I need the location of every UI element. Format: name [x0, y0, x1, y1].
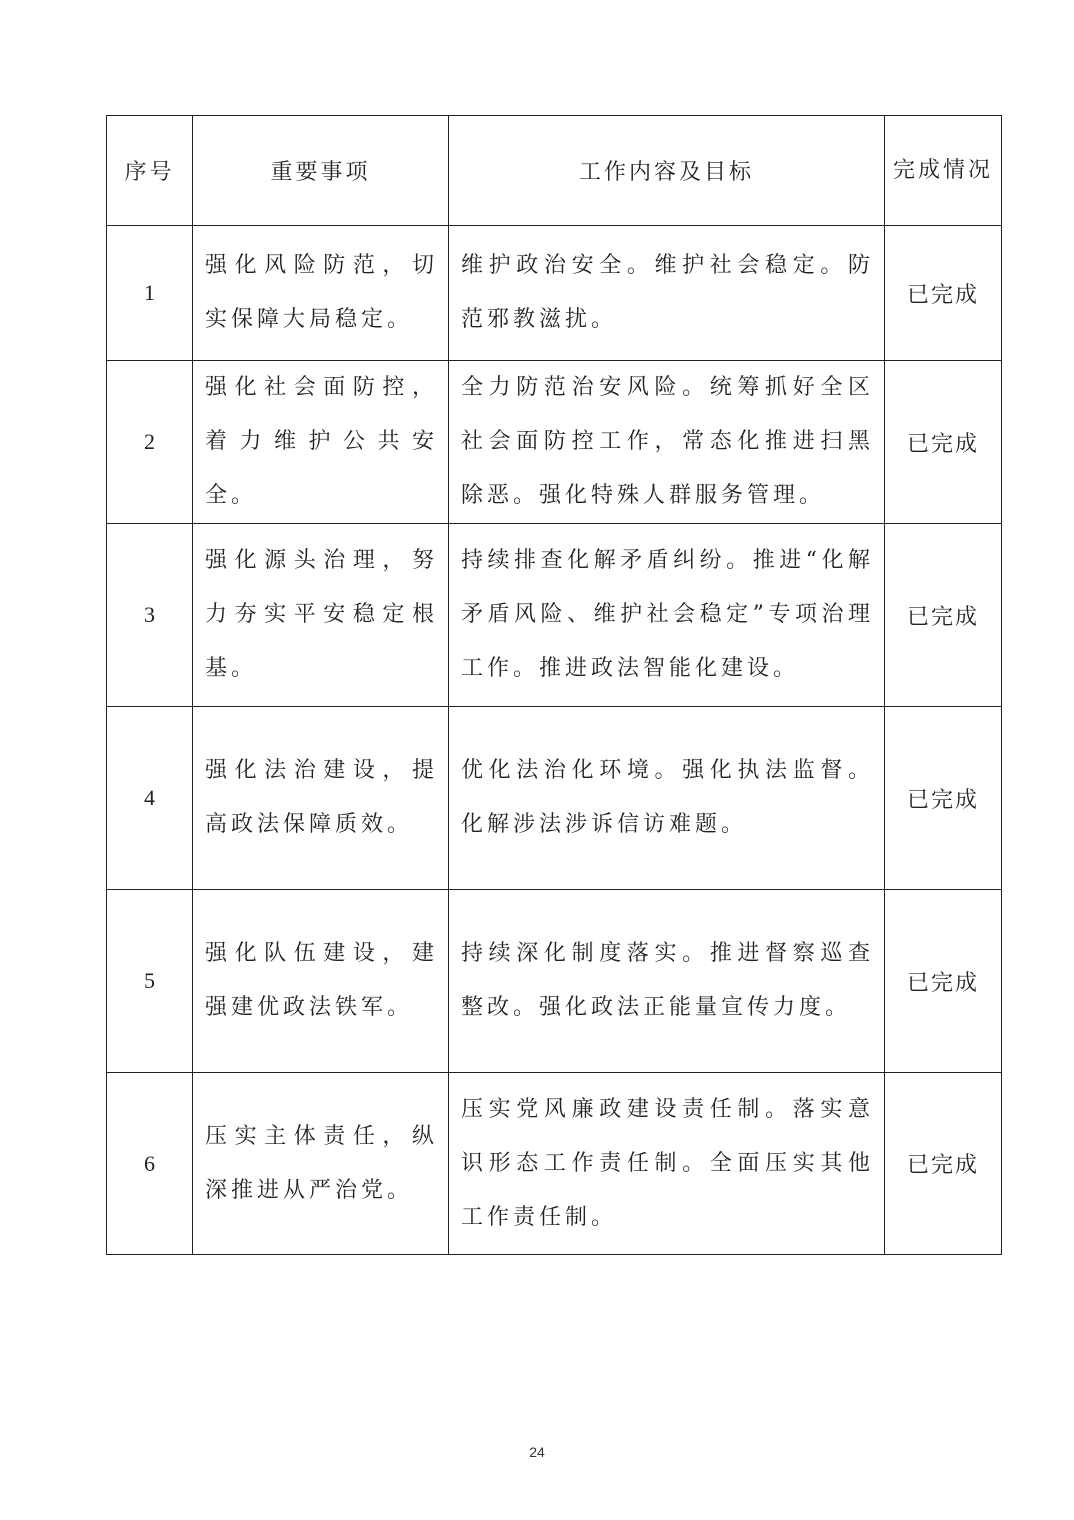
work-items-table: 序号 重要事项 工作内容及目标 完成情况 1 强化风险防范，切实保障大局稳定。 …: [106, 115, 1002, 1255]
row-item: 强化社会面防控，着力维护公共安全。: [193, 361, 448, 523]
row-item: 强化法治建设，提高政法保障质效。: [193, 744, 448, 852]
row-content: 持续深化制度落实。推进督察巡查整改。强化政法正能量宣传力度。: [449, 927, 884, 1035]
row-number: 5: [107, 890, 193, 1073]
header-item: 重要事项: [193, 116, 449, 226]
row-status: 已完成: [885, 1073, 1002, 1255]
row-status: 已完成: [885, 524, 1002, 707]
row-item: 强化队伍建设，建强建优政法铁军。: [193, 927, 448, 1035]
row-content: 维护政治安全。维护社会稳定。防范邪教滋扰。: [449, 239, 884, 347]
table-row: 4 强化法治建设，提高政法保障质效。 优化法治化环境。强化执法监督。化解涉法涉诉…: [107, 707, 1002, 890]
table-row: 3 强化源头治理，努力夯实平安稳定根基。 持续排查化解矛盾纠纷。推进“化解矛盾风…: [107, 524, 1002, 707]
row-status: 已完成: [885, 890, 1002, 1073]
row-number: 4: [107, 707, 193, 890]
row-content: 持续排查化解矛盾纠纷。推进“化解矛盾风险、维护社会稳定”专项治理工作。推进政法智…: [449, 534, 884, 696]
row-number: 2: [107, 361, 193, 524]
row-status: 已完成: [885, 226, 1002, 361]
table-row: 5 强化队伍建设，建强建优政法铁军。 持续深化制度落实。推进督察巡查整改。强化政…: [107, 890, 1002, 1073]
row-number: 1: [107, 226, 193, 361]
row-content: 压实党风廉政建设责任制。落实意识形态工作责任制。全面压实其他工作责任制。: [449, 1083, 884, 1245]
row-number: 6: [107, 1073, 193, 1255]
table-row: 2 强化社会面防控，着力维护公共安全。 全力防范治安风险。统筹抓好全区社会面防控…: [107, 361, 1002, 524]
row-content: 优化法治化环境。强化执法监督。化解涉法涉诉信访难题。: [449, 744, 884, 852]
header-content: 工作内容及目标: [449, 116, 885, 226]
row-item: 强化风险防范，切实保障大局稳定。: [193, 239, 448, 347]
row-number: 3: [107, 524, 193, 707]
header-status: 完成情况: [885, 116, 1002, 226]
row-item: 压实主体责任，纵深推进从严治党。: [193, 1110, 448, 1218]
page-number: 24: [0, 1444, 1074, 1460]
table-row: 6 压实主体责任，纵深推进从严治党。 压实党风廉政建设责任制。落实意识形态工作责…: [107, 1073, 1002, 1255]
row-item: 强化源头治理，努力夯实平安稳定根基。: [193, 534, 448, 696]
header-no: 序号: [107, 116, 193, 226]
table-row: 1 强化风险防范，切实保障大局稳定。 维护政治安全。维护社会稳定。防范邪教滋扰。…: [107, 226, 1002, 361]
row-status: 已完成: [885, 707, 1002, 890]
row-status: 已完成: [885, 361, 1002, 524]
table-header-row: 序号 重要事项 工作内容及目标 完成情况: [107, 116, 1002, 226]
row-content: 全力防范治安风险。统筹抓好全区社会面防控工作，常态化推进扫黑除恶。强化特殊人群服…: [449, 361, 884, 523]
